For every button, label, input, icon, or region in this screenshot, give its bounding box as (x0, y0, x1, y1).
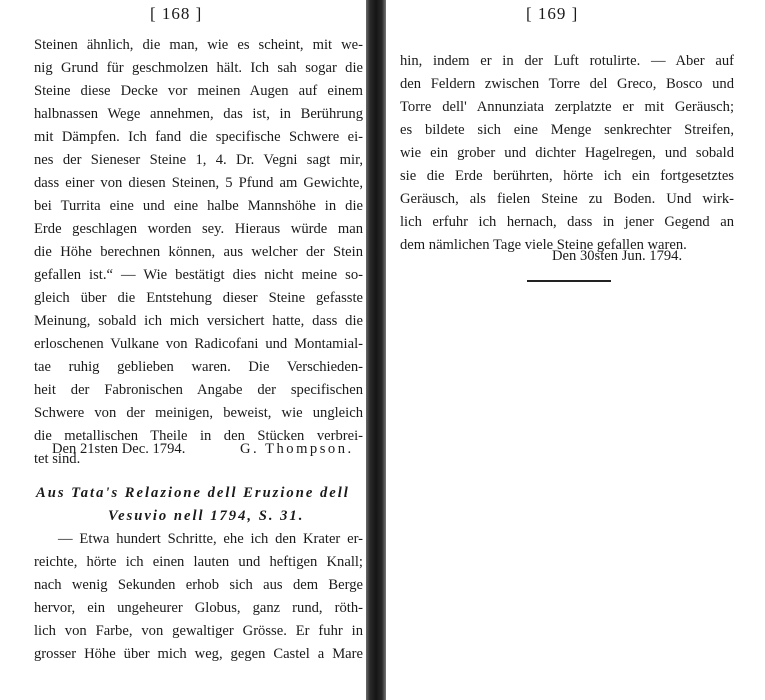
text-line: erloschenen Vulkane von Radicofani und M… (34, 333, 363, 356)
text-line: wie ein grober und dichter Hagelregen, u… (400, 142, 734, 165)
page-number: [ 168 ] (150, 4, 202, 24)
text-line: lich von Farbe, von gewaltiger Grösse. E… (34, 620, 363, 643)
text-line: — Etwa hundert Schritte, ehe ich den Kra… (58, 528, 363, 551)
text-line: die Höhe berechnen können, aus welcher d… (34, 241, 363, 264)
book-gutter (366, 0, 386, 700)
text-line: nach wenig Sekunden erhob sich aus dem B… (34, 574, 363, 597)
text-line: nig Grund für geschmolzen hält. Ich sah … (34, 57, 363, 80)
text-line: es bildete sich eine Menge senkrechter S… (400, 119, 734, 142)
section-heading: Aus Tata's Relazione dell Eruzione dell (36, 482, 350, 505)
text-line: dass einer von diesen Steinen, 5 Pfund a… (34, 172, 363, 195)
text-line: sie die Erde berührten, hörte ich ein fo… (400, 165, 734, 188)
text-line: gefallen ist.“ — Wie bestätigt dies nich… (34, 264, 363, 287)
text-line: halbnassen Wege annehmen, das ist, in Be… (34, 103, 363, 126)
letter-signature: G. Thompson. (240, 438, 354, 461)
text-line: Meinung, sobald ich mich versichert hatt… (34, 310, 363, 333)
text-line: mit Dämpfen. Ich fand die specifische Sc… (34, 126, 363, 149)
text-line: gleich über die Entstehung dieser Steine… (34, 287, 363, 310)
text-line: nes der Sieneser Steine 1, 4. Dr. Vegni … (34, 149, 363, 172)
letter-date: Den 21sten Dec. 1794. (52, 438, 185, 461)
text-line: tae ruhig geblieben waren. Die Verschied… (34, 356, 363, 379)
text-line: Schwere von der meinigen, beweist, wie u… (34, 402, 363, 425)
left-page: [ 168 ] Steinen ähnlich, die man, wie es… (0, 0, 368, 700)
section-heading-cont: Vesuvio nell 1794, S. 31. (108, 505, 304, 528)
letter-date: Den 30sten Jun. 1794. (552, 245, 682, 268)
page-number: [ 169 ] (526, 4, 578, 24)
text-line: hervor, ein ungeheurer Globus, ganz rund… (34, 597, 363, 620)
right-page: [ 169 ] hin, indem er in der Luft rotuli… (386, 0, 765, 700)
section-divider (527, 280, 611, 282)
text-line: Torre dell' Annunziata zerplatzte er mit… (400, 96, 734, 119)
text-line: den Feldern zwischen Torre del Greco, Bo… (400, 73, 734, 96)
text-line: lich erfuhr ich hernach, dass in jener G… (400, 211, 734, 234)
text-line: Steinen ähnlich, die man, wie es scheint… (34, 34, 363, 57)
text-line: reichte, hörte ich einen lauten und heft… (34, 551, 363, 574)
text-line: Geräusch, als fielen Steine zu Boden. Un… (400, 188, 734, 211)
text-line: bei Turrita eine und eine halbe Mannshöh… (34, 195, 363, 218)
text-line: Erde geschlagen worden sey. Hieraus würd… (34, 218, 363, 241)
text-line: grosser Höhe über mich weg, gegen Castel… (34, 643, 363, 666)
text-line: hin, indem er in der Luft rotulirte. — A… (400, 50, 734, 73)
text-line: Steine diese Decke vor meinen Augen auf … (34, 80, 363, 103)
text-line: heit der Fabronischen Angabe der specifi… (34, 379, 363, 402)
